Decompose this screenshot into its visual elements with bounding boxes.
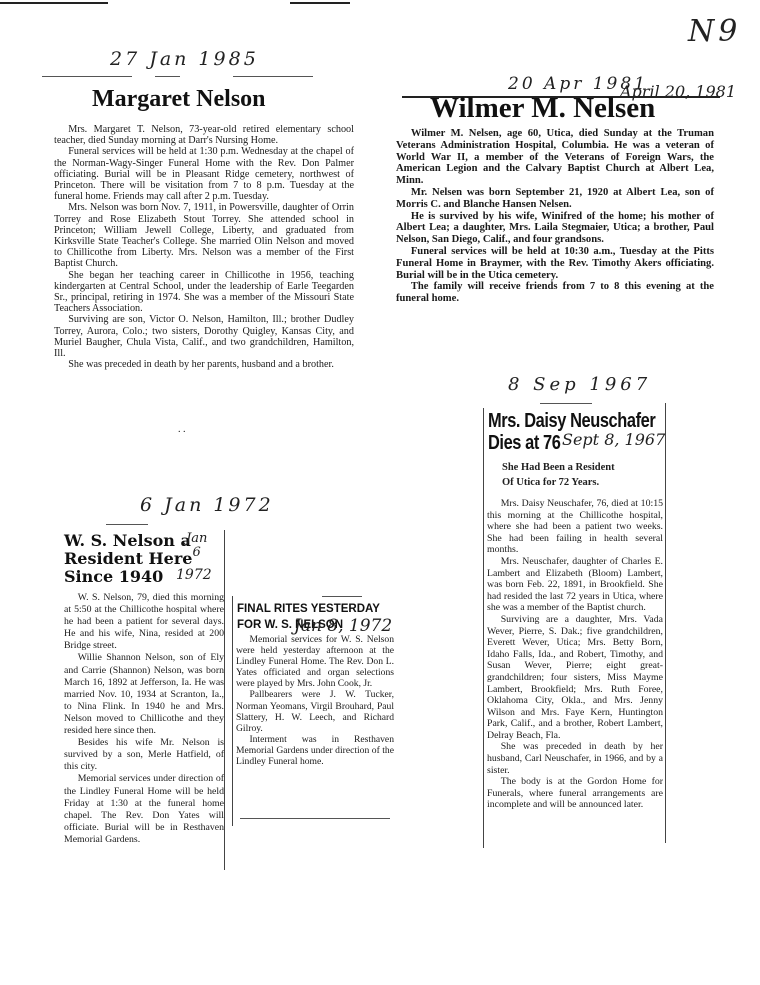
headline-line: Mrs. Daisy Neuschafer: [488, 410, 655, 432]
subhead-daisy: She Had Been a Resident Of Utica for 72 …: [502, 460, 615, 490]
divider-rule: [240, 818, 390, 819]
handwritten-line: Jan: [186, 532, 207, 546]
paragraph: She was preceded in death by her husband…: [487, 741, 663, 776]
paragraph: Mrs. Margaret T. Nelson, 73-year-old ret…: [54, 124, 354, 146]
clipping-border-left: [232, 596, 233, 826]
subhead-line: She Had Been a Resident: [502, 460, 615, 475]
paragraph: Interment was in Resthaven Memorial Gard…: [236, 734, 394, 767]
divider-rule: [233, 76, 313, 77]
handwritten-note-daisy: Sept 8, 1967: [562, 430, 665, 449]
clipping-border-right: [665, 403, 666, 843]
paragraph: She began her teaching career in Chillic…: [54, 270, 354, 315]
paragraph: Mrs. Daisy Neuschafer, 76, died at 10:15…: [487, 498, 663, 556]
paragraph: Mrs. Neuschafer, daughter of Charles E. …: [487, 556, 663, 614]
paragraph: Surviving are son, Victor O. Nelson, Ham…: [54, 314, 354, 359]
paragraph: Besides his wife Mr. Nelson is survived …: [64, 737, 224, 773]
obituary-body-ws-nelson: W. S. Nelson, 79, died this morning at 5…: [64, 592, 224, 846]
paragraph: Memorial services under direction of the…: [64, 773, 224, 846]
handwritten-date-daisy: 8 Sep 1967: [508, 374, 651, 395]
clipping-border-left: [483, 408, 484, 848]
headline-wilmer-nelsen: Wilmer M. Nelsen: [430, 92, 655, 125]
headline-line: Resident Here: [64, 550, 192, 568]
headline-line: Since 1940: [64, 568, 192, 586]
paragraph: Mr. Nelsen was born September 21, 1920 a…: [396, 187, 714, 211]
handwritten-note-final-rites: Jan 8, 1972: [294, 616, 392, 636]
obituary-body-margaret: Mrs. Margaret T. Nelson, 73-year-old ret…: [54, 124, 354, 370]
paragraph: Funeral services will be held at 10:30 a…: [396, 246, 714, 281]
divider-rule: [322, 596, 362, 597]
paragraph: Pallbearers were J. W. Tucker, Norman Ye…: [236, 689, 394, 733]
handwritten-note-ws-nelson: Jan 6: [186, 532, 207, 560]
headline-line: FINAL RITES YESTERDAY: [237, 601, 380, 617]
clipping-border-right: [224, 530, 225, 870]
paragraph: W. S. Nelson, 79, died this morning at 5…: [64, 592, 224, 652]
handwritten-year-ws-nelson: 1972: [176, 567, 212, 583]
paragraph: She was preceded in death by her parents…: [54, 359, 354, 370]
obituary-body-final-rites: Memorial services for W. S. Nelson were …: [236, 634, 394, 767]
paragraph: He is survived by his wife, Winifred of …: [396, 211, 714, 246]
subhead-line: Of Utica for 72 Years.: [502, 475, 615, 490]
paragraph: Wilmer M. Nelsen, age 60, Utica, died Su…: [396, 128, 714, 187]
obituary-body-wilmer: Wilmer M. Nelsen, age 60, Utica, died Su…: [396, 128, 714, 305]
stray-marks: . .: [178, 424, 186, 435]
divider-rule: [540, 403, 592, 404]
paragraph: Willie Shannon Nelson, son of Ely and Ca…: [64, 652, 224, 737]
top-edge-rule-right: [290, 2, 350, 4]
divider-rule: [155, 76, 180, 77]
paragraph: The body is at the Gordon Home for Funer…: [487, 776, 663, 811]
headline-line: W. S. Nelson a: [64, 532, 192, 550]
paragraph: Memorial services for W. S. Nelson were …: [236, 634, 394, 689]
paragraph: Mrs. Nelson was born Nov. 7, 1911, in Po…: [54, 202, 354, 269]
paragraph: Funeral services will be held at 1:30 p.…: [54, 146, 354, 202]
headline-ws-nelson: W. S. Nelson a Resident Here Since 1940: [64, 532, 192, 586]
handwritten-line: 6: [186, 546, 207, 560]
top-edge-rule-left: [0, 2, 108, 4]
divider-rule: [106, 524, 148, 525]
obituary-body-daisy: Mrs. Daisy Neuschafer, 76, died at 10:15…: [487, 498, 663, 811]
handwritten-date-ws-nelson: 6 Jan 1972: [140, 494, 274, 516]
paragraph: Surviving are a daughter, Mrs. Vada Weve…: [487, 614, 663, 742]
headline-margaret-nelson: Margaret Nelson: [92, 86, 266, 113]
paragraph: The family will receive friends from 7 t…: [396, 281, 714, 305]
handwritten-date-margaret: 27 Jan 1985: [110, 48, 259, 70]
divider-rule: [42, 76, 132, 77]
corner-note: N9: [688, 14, 741, 49]
